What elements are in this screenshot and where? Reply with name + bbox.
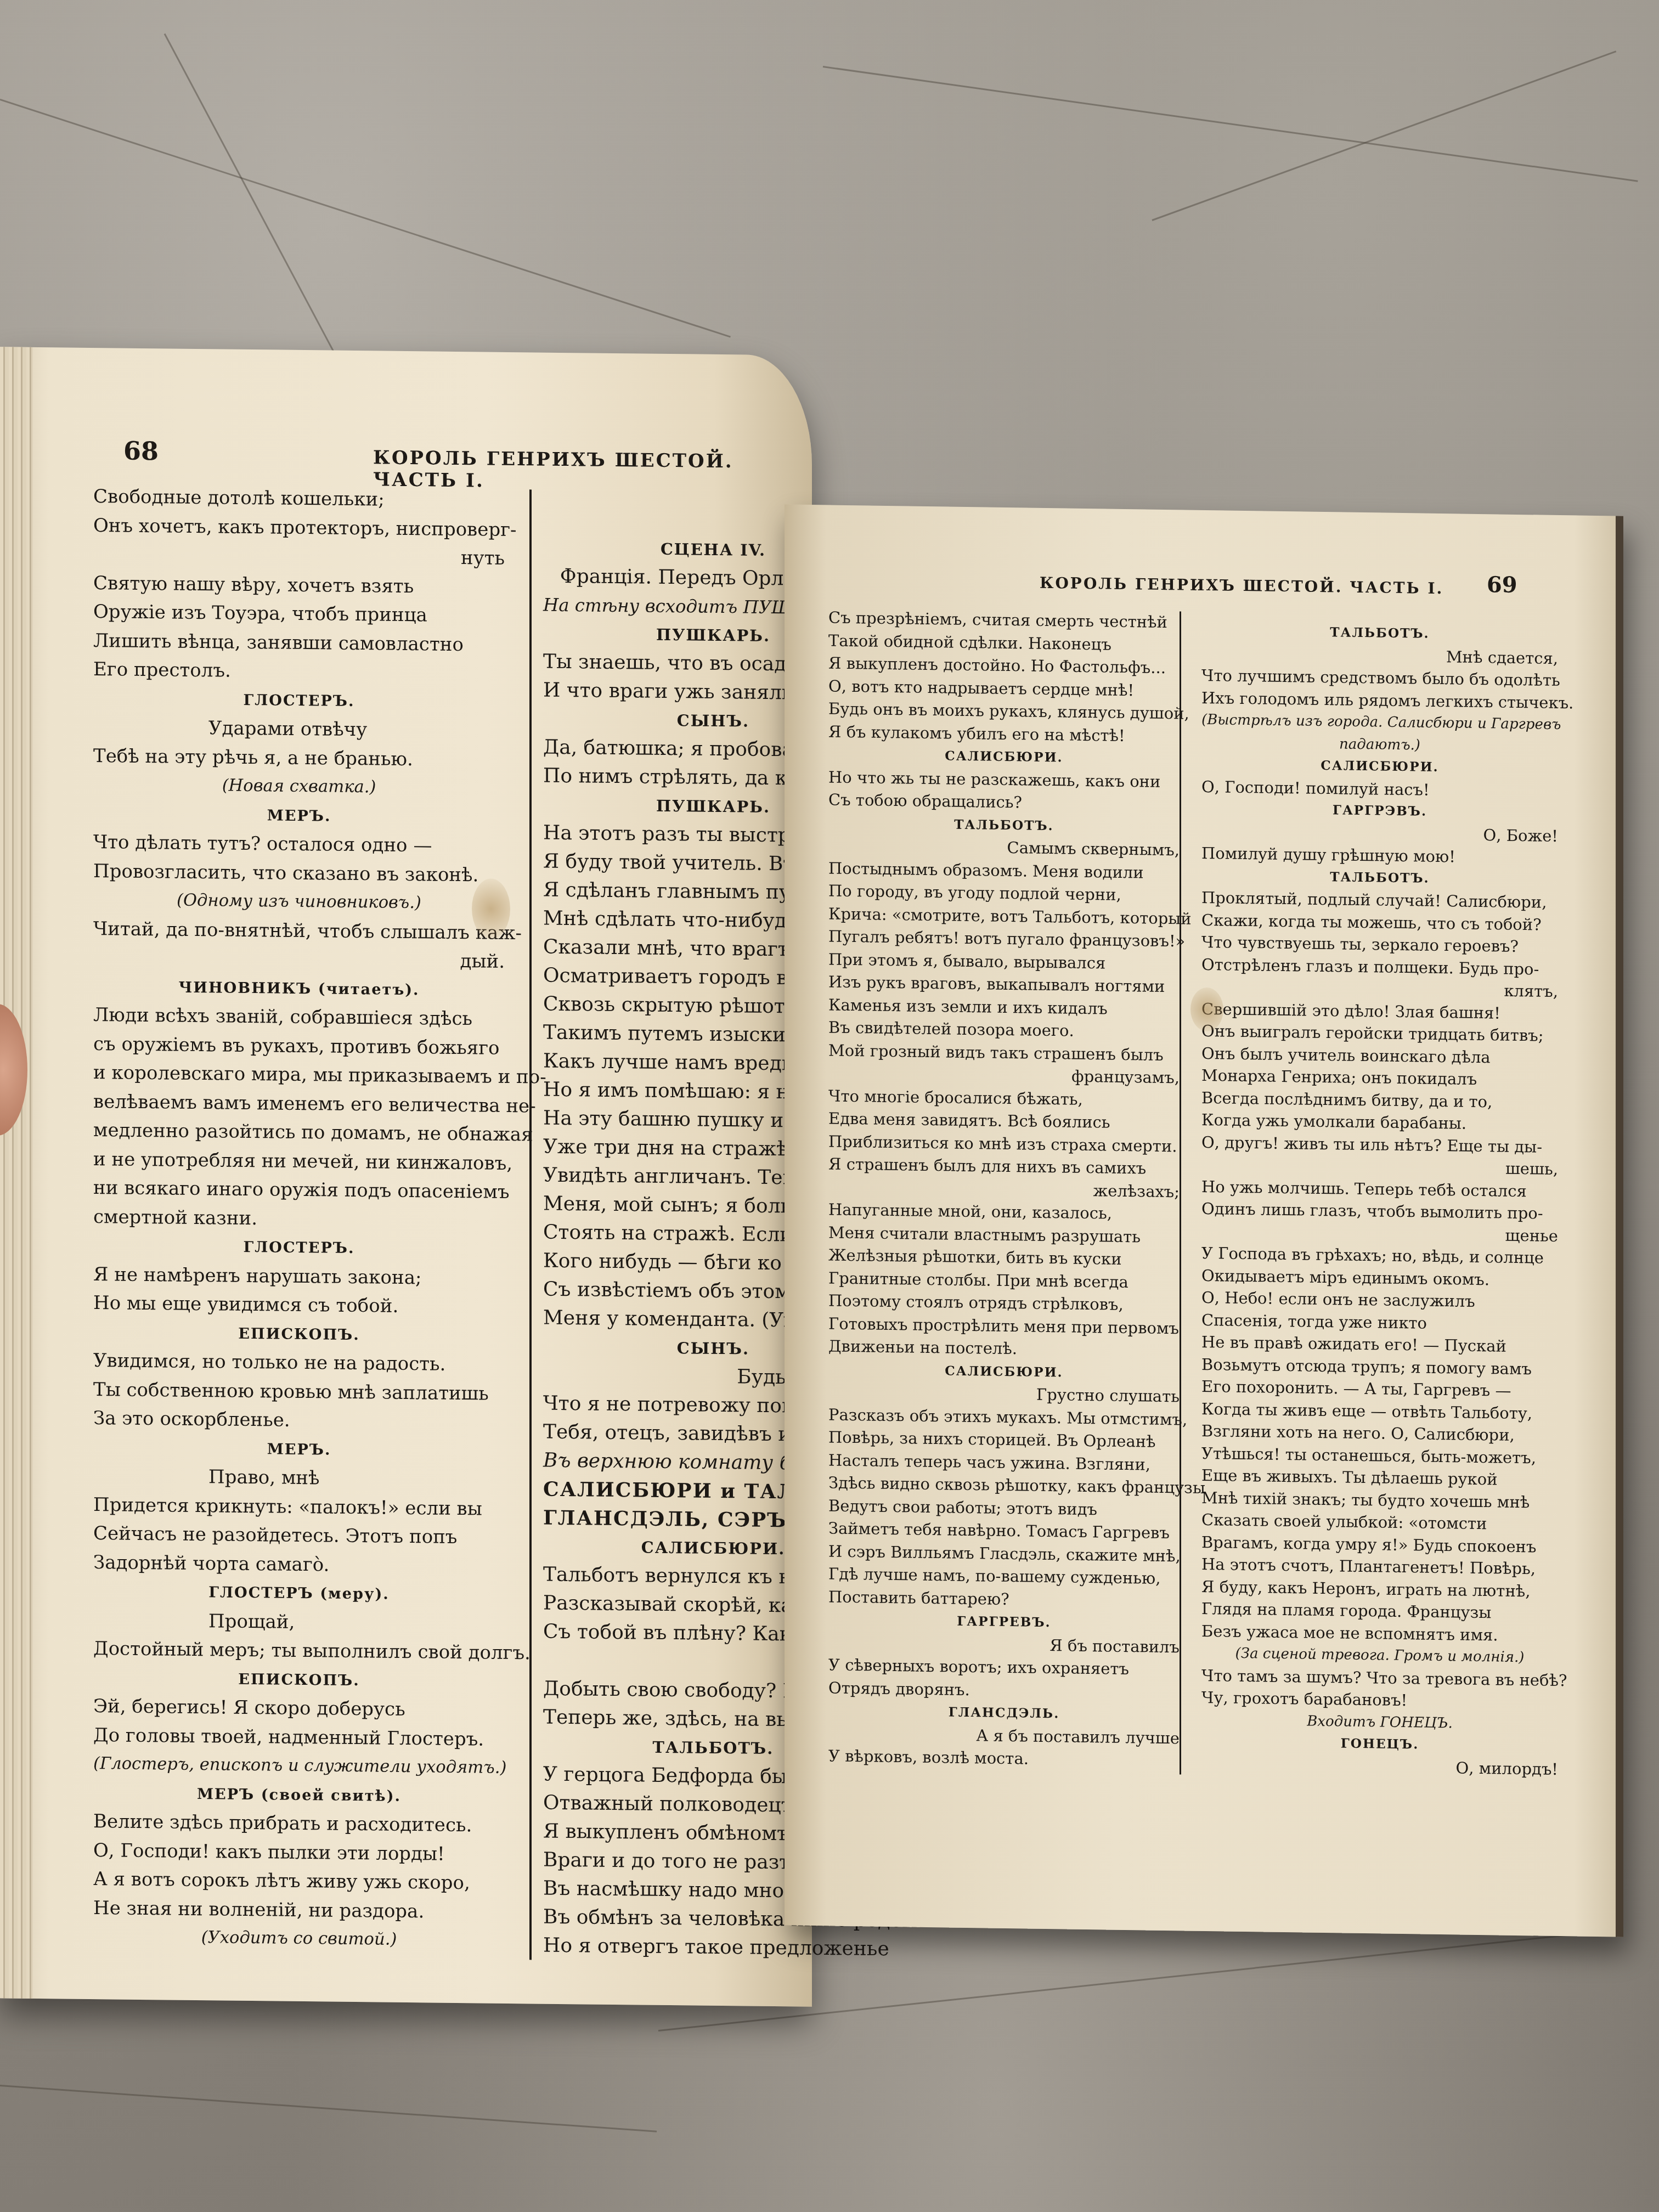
- page-number: 68: [123, 436, 159, 466]
- text-line: Провозгласить, что сказано въ законѣ.: [93, 857, 505, 890]
- column-rule: [529, 489, 532, 1960]
- text-line: Свободные дотолѣ кошельки;: [93, 482, 505, 515]
- stage-direction: (Новая схватка.): [93, 770, 505, 803]
- text-line: Онъ хочетъ, какъ протекторъ, ниспроверг-: [93, 511, 505, 544]
- text-line: велѣваемъ вамъ именемъ его величества не…: [93, 1087, 505, 1120]
- text-line: За это оскорбленье.: [93, 1404, 505, 1437]
- text-line: Читай, да по-внятнѣй, чтобъ слышалъ каж-: [93, 915, 505, 947]
- text-line: Придется крикнуть: «палокъ!» если вы: [93, 1491, 505, 1523]
- speaker-name: МЕРЪ (своей свитѣ).: [93, 1779, 505, 1812]
- text-column: ТАЛЬБОТЪ.Мнѣ сдается,Что лучшимъ средств…: [1201, 620, 1558, 1780]
- running-head: КОРОЛЬ ГЕНРИХЪ ШЕСТОЙ. ЧАСТЬ I.: [1040, 574, 1443, 597]
- text-line: съ оружіемъ въ рукахъ, противъ божьяго: [93, 1030, 505, 1063]
- text-line: Оружіе изъ Тоуэра, чтобъ принца: [93, 597, 505, 630]
- text-line: Что дѣлать тутъ? осталося одно —: [93, 828, 505, 861]
- text-line: Достойный меръ; ты выполнилъ свой долгъ.: [93, 1634, 505, 1667]
- text-column: Съ презрѣніемъ, считая смерть честнѣйТак…: [828, 606, 1180, 1772]
- page-edges: [0, 347, 33, 1999]
- stage-direction: (Одному изъ чиновниковъ.): [93, 885, 505, 918]
- speaker-name: ГЛОСТЕРЪ (меру).: [93, 1577, 505, 1610]
- text-line: Святую нашу вѣру, хочетъ взять: [93, 569, 505, 602]
- speaker-name: МЕРЪ.: [93, 799, 505, 832]
- text-line: Ударами отвѣчу: [93, 713, 505, 746]
- text-line: Увидимся, но только не на радость.: [93, 1346, 505, 1379]
- text-line: До головы твоей, надменный Глостеръ.: [93, 1721, 505, 1754]
- text-line: Его престолъ.: [93, 655, 505, 688]
- text-line: Но я отвергъ такое предложенье: [543, 1932, 883, 1963]
- stage-direction: (Глостеръ, епископъ и служители уходятъ.…: [93, 1750, 505, 1782]
- text-line: и королевскаго мира, мы приказываемъ и п…: [93, 1058, 505, 1091]
- text-line: Велите здѣсь прибрать и расходитесь.: [93, 1807, 505, 1840]
- speaker-name: МЕРЪ.: [93, 1433, 505, 1466]
- text-line: нуть: [93, 540, 505, 573]
- speaker-name: ГЛОСТЕРЪ.: [93, 1231, 505, 1264]
- marble-vein: [0, 99, 731, 337]
- text-line: О, Господи! какъ пылки эти лорды!: [93, 1836, 505, 1869]
- text-line: ни всякаго инаго оружія подъ опасеніемъ: [93, 1173, 505, 1206]
- text-column: Свободные дотолѣ кошельки;Онъ хочетъ, ка…: [93, 482, 505, 1955]
- text-line: Не зная ни волненій, ни раздора.: [93, 1894, 505, 1927]
- page-number: 69: [1487, 572, 1517, 598]
- text-line: О, милордъ!: [1201, 1753, 1558, 1780]
- text-line: и не употребляя ни мечей, ни кинжаловъ,: [93, 1145, 505, 1178]
- text-line: Прощай,: [93, 1606, 505, 1639]
- text-line: Сейчасъ не разойдетесь. Этотъ попъ: [93, 1519, 505, 1552]
- text-line: дый.: [93, 943, 505, 976]
- right-page: КОРОЛЬ ГЕНРИХЪ ШЕСТОЙ. ЧАСТЬ I. 69 Съ пр…: [785, 504, 1623, 1937]
- speaker-name: ЧИНОВНИКЪ (читаетъ).: [93, 972, 505, 1005]
- column-rule: [1180, 611, 1181, 1774]
- text-line: смертной казни.: [93, 1203, 505, 1235]
- speaker-name: ГЛОСТЕРЪ.: [93, 684, 505, 717]
- text-line: Задорнѣй чорта самагò.: [93, 1548, 505, 1581]
- stage-direction: (Уходитъ со свитой.): [93, 1922, 505, 1955]
- marble-vein: [1152, 50, 1616, 221]
- text-line: Лишить вѣнца, занявши самовластно: [93, 627, 505, 659]
- text-line: Эй, берегись! Я скоро доберусь: [93, 1692, 505, 1725]
- paper-stain: [1190, 988, 1223, 1032]
- left-page: 68 КОРОЛЬ ГЕНРИХЪ ШЕСТОЙ. ЧАСТЬ I. Свобо…: [0, 347, 812, 2006]
- text-line: Право, мнѣ: [93, 1462, 505, 1494]
- text-line: Я не намѣренъ нарушать закона;: [93, 1260, 505, 1293]
- paper-stain: [472, 878, 510, 939]
- text-line: Ты собственною кровью мнѣ заплатишь: [93, 1375, 505, 1408]
- speaker-name: ЕПИСКОПЪ.: [93, 1663, 505, 1696]
- speaker-name: ЕПИСКОПЪ.: [93, 1318, 505, 1351]
- text-line: Люди всѣхъ званій, собравшіеся здѣсь: [93, 1001, 505, 1034]
- text-line: медленно разойтись по домамъ, не обнажая: [93, 1116, 505, 1149]
- marble-vein: [823, 66, 1638, 182]
- marble-vein: [0, 2085, 657, 2132]
- text-line: Тебѣ на эту рѣчь я, а не бранью.: [93, 742, 505, 775]
- text-line: А я вотъ сорокъ лѣтъ живу ужь скоро,: [93, 1865, 505, 1898]
- text-line: Но мы еще увидимся съ тобой.: [93, 1289, 505, 1322]
